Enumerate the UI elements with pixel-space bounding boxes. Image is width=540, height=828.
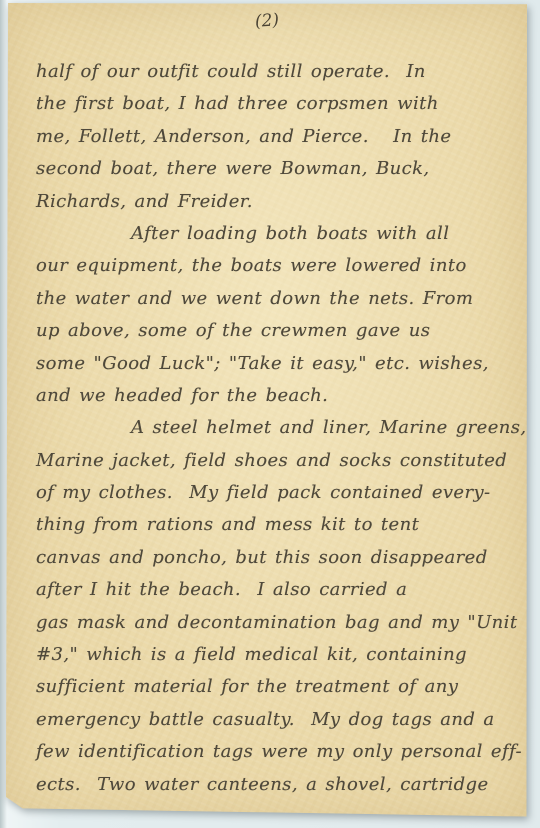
handwritten-line: the first boat, I had three corpsmen wit… [36, 89, 521, 121]
paper-sheet: (2) half of our outfit could still opera… [6, 3, 527, 819]
handwritten-line: some "Good Luck"; "Take it easy," etc. w… [36, 349, 521, 381]
letter-body: half of our outfit could still operate. … [36, 57, 521, 802]
handwritten-line: our equipment, the boats were lowered in… [36, 251, 521, 283]
page-number: (2) [254, 10, 279, 32]
handwritten-line: after I hit the beach. I also carried a [36, 575, 521, 607]
handwritten-line: canvas and poncho, but this soon disappe… [36, 543, 521, 575]
handwritten-line: up above, some of the crewmen gave us [36, 316, 521, 348]
handwritten-line: me, Follett, Anderson, and Pierce. In th… [36, 122, 521, 154]
handwritten-line: thing from rations and mess kit to tent [36, 510, 521, 542]
handwritten-line: and we headed for the beach. [36, 381, 521, 413]
handwritten-line: ects. Two water canteens, a shovel, cart… [36, 770, 521, 802]
handwritten-line: emergency battle casualty. My dog tags a… [36, 705, 521, 737]
handwritten-line: Richards, and Freider. [36, 187, 521, 219]
handwritten-line: A steel helmet and liner, Marine greens, [36, 413, 521, 445]
handwritten-line: #3," which is a field medical kit, conta… [36, 640, 521, 672]
handwritten-line: second boat, there were Bowman, Buck, [36, 154, 521, 186]
handwritten-line: the water and we went down the nets. Fro… [36, 284, 521, 316]
handwritten-line: few identification tags were my only per… [36, 737, 521, 769]
handwritten-line: of my clothes. My field pack contained e… [36, 478, 521, 510]
scan-background: (2) half of our outfit could still opera… [0, 0, 540, 828]
paper-shadow: (2) half of our outfit could still opera… [0, 0, 521, 816]
handwritten-line: gas mask and decontamination bag and my … [36, 608, 521, 640]
handwritten-line: sufficient material for the treatment of… [36, 672, 521, 704]
handwritten-line: half of our outfit could still operate. … [36, 57, 521, 89]
handwritten-line: After loading both boats with all [36, 219, 521, 251]
handwritten-line: Marine jacket, field shoes and socks con… [36, 446, 521, 478]
